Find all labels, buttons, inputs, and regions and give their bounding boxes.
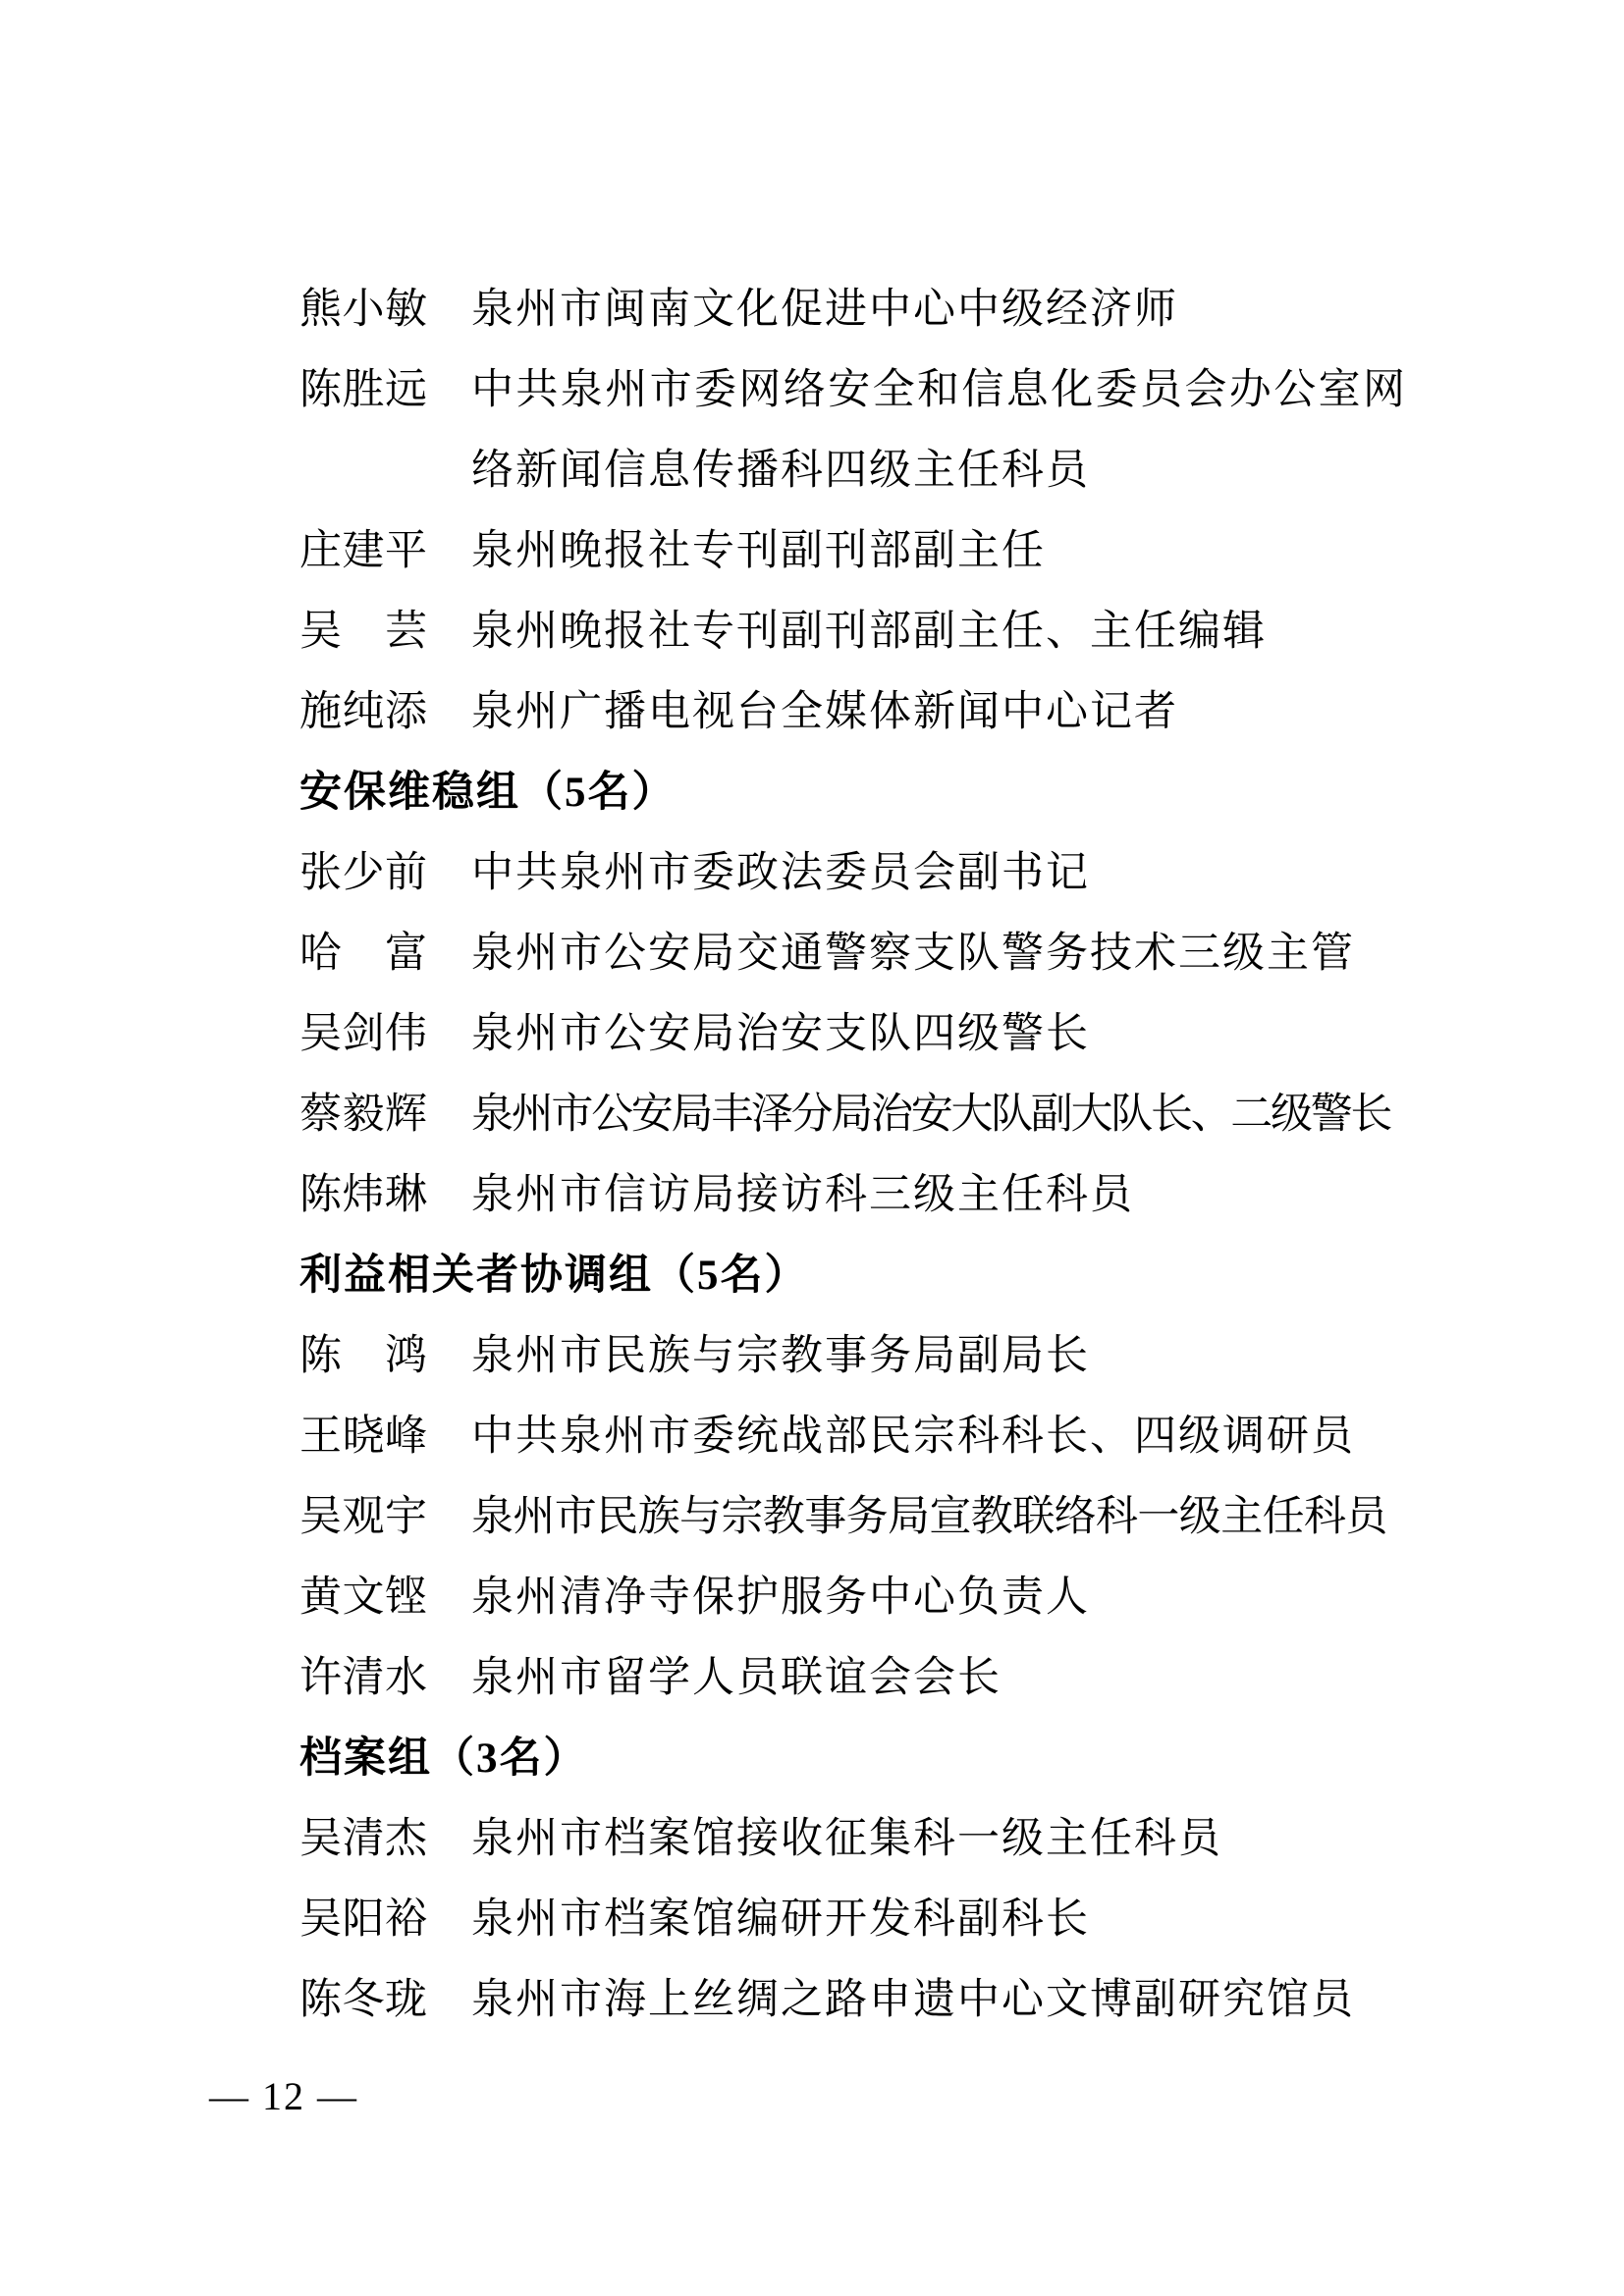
person-name: 陈胜远 bbox=[299, 350, 427, 431]
person-title: 泉州广播电视台全媒体新闻中心记者 bbox=[471, 672, 1407, 753]
roster-list: 熊小敏 泉州市闽南文化促进中心中级经济师 陈胜远 中共泉州市委网络安全和信息化委… bbox=[299, 270, 1407, 2041]
roster-entry: 蔡毅辉 泉州市公安局丰泽分局治安大队副大队长、二级警长 bbox=[299, 1075, 1407, 1155]
roster-entry: 吴剑伟 泉州市公安局治安支队四级警长 bbox=[299, 994, 1407, 1075]
roster-entry: 许清水 泉州市留学人员联谊会会长 bbox=[299, 1638, 1407, 1719]
person-title: 泉州清净寺保护服务中心负责人 bbox=[471, 1558, 1407, 1638]
roster-entry: 庄建平 泉州晚报社专刊副刊部副主任 bbox=[299, 511, 1407, 592]
person-title: 泉州市民族与宗教事务局宣教联络科一级主任科员 bbox=[471, 1477, 1407, 1558]
roster-entry: 熊小敏 泉州市闽南文化促进中心中级经济师 bbox=[299, 270, 1407, 350]
person-title: 泉州市档案馆编研开发科副科长 bbox=[471, 1880, 1407, 1960]
person-title: 泉州市闽南文化促进中心中级经济师 bbox=[471, 270, 1407, 350]
roster-entry: 吴观宇 泉州市民族与宗教事务局宣教联络科一级主任科员 bbox=[299, 1477, 1407, 1558]
roster-entry: 施纯添 泉州广播电视台全媒体新闻中心记者 bbox=[299, 672, 1407, 753]
person-name: 吴阳裕 bbox=[299, 1880, 427, 1960]
person-title: 泉州市公安局丰泽分局治安大队副大队长、二级警长 bbox=[471, 1075, 1407, 1155]
person-title: 中共泉州市委网络安全和信息化委员会办公室网络新闻信息传播科四级主任科员 bbox=[471, 350, 1407, 511]
group-header: 安保维稳组（5名） bbox=[299, 753, 1407, 833]
person-title: 泉州市海上丝绸之路申遗中心文博副研究馆员 bbox=[471, 1960, 1407, 2041]
roster-entry: 哈富 泉州市公安局交通警察支队警务技术三级主管 bbox=[299, 914, 1407, 994]
roster-entry: 张少前 中共泉州市委政法委员会副书记 bbox=[299, 833, 1407, 914]
person-title: 泉州市留学人员联谊会会长 bbox=[471, 1638, 1407, 1719]
person-name: 陈炜琳 bbox=[299, 1155, 427, 1236]
person-name: 施纯添 bbox=[299, 672, 427, 753]
person-name: 吴清杰 bbox=[299, 1799, 427, 1880]
person-name: 吴观宇 bbox=[299, 1477, 427, 1558]
person-name: 哈富 bbox=[299, 914, 427, 994]
roster-entry: 陈鸿 泉州市民族与宗教事务局副局长 bbox=[299, 1316, 1407, 1397]
person-title: 泉州晚报社专刊副刊部副主任、主任编辑 bbox=[471, 592, 1407, 672]
person-title: 泉州市档案馆接收征集科一级主任科员 bbox=[471, 1799, 1407, 1880]
roster-entry: 王晓峰 中共泉州市委统战部民宗科科长、四级调研员 bbox=[299, 1397, 1407, 1477]
person-name: 陈冬珑 bbox=[299, 1960, 427, 2041]
person-name: 熊小敏 bbox=[299, 270, 427, 350]
person-title: 泉州晚报社专刊副刊部副主任 bbox=[471, 511, 1407, 592]
person-title: 泉州市民族与宗教事务局副局长 bbox=[471, 1316, 1407, 1397]
roster-entry: 吴芸 泉州晚报社专刊副刊部副主任、主任编辑 bbox=[299, 592, 1407, 672]
person-name: 陈鸿 bbox=[299, 1316, 427, 1397]
person-title: 泉州市信访局接访科三级主任科员 bbox=[471, 1155, 1407, 1236]
person-title: 泉州市公安局治安支队四级警长 bbox=[471, 994, 1407, 1075]
person-title: 中共泉州市委统战部民宗科科长、四级调研员 bbox=[471, 1397, 1407, 1477]
roster-entry: 陈炜琳 泉州市信访局接访科三级主任科员 bbox=[299, 1155, 1407, 1236]
person-name: 王晓峰 bbox=[299, 1397, 427, 1477]
group-header: 利益相关者协调组（5名） bbox=[299, 1236, 1407, 1316]
person-title: 中共泉州市委政法委员会副书记 bbox=[471, 833, 1407, 914]
roster-entry: 吴清杰 泉州市档案馆接收征集科一级主任科员 bbox=[299, 1799, 1407, 1880]
group-header: 档案组（3名） bbox=[299, 1719, 1407, 1799]
person-name: 许清水 bbox=[299, 1638, 427, 1719]
person-name: 蔡毅辉 bbox=[299, 1075, 427, 1155]
roster-entry: 陈胜远 中共泉州市委网络安全和信息化委员会办公室网络新闻信息传播科四级主任科员 bbox=[299, 350, 1407, 511]
person-name: 吴剑伟 bbox=[299, 994, 427, 1075]
person-name: 吴芸 bbox=[299, 592, 427, 672]
roster-entry: 黄文铿 泉州清净寺保护服务中心负责人 bbox=[299, 1558, 1407, 1638]
page-number: — 12 — bbox=[209, 2073, 358, 2120]
person-name: 庄建平 bbox=[299, 511, 427, 592]
person-name: 黄文铿 bbox=[299, 1558, 427, 1638]
person-name: 张少前 bbox=[299, 833, 427, 914]
roster-entry: 陈冬珑 泉州市海上丝绸之路申遗中心文博副研究馆员 bbox=[299, 1960, 1407, 2041]
roster-entry: 吴阳裕 泉州市档案馆编研开发科副科长 bbox=[299, 1880, 1407, 1960]
person-title: 泉州市公安局交通警察支队警务技术三级主管 bbox=[471, 914, 1407, 994]
document-page: 熊小敏 泉州市闽南文化促进中心中级经济师 陈胜远 中共泉州市委网络安全和信息化委… bbox=[0, 0, 1624, 2296]
